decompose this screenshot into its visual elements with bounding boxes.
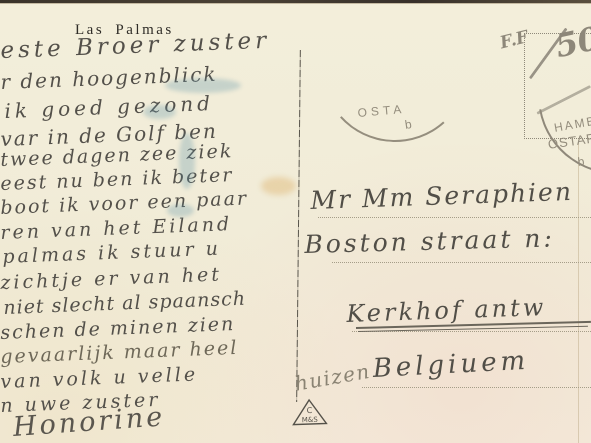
paper-crease <box>578 140 579 443</box>
stain <box>261 177 296 195</box>
address-recipient: Mr Mm Seraphien <box>310 177 573 215</box>
address-ruled-line <box>332 261 591 263</box>
divider-line <box>296 50 301 402</box>
address-ruled-line <box>362 386 591 388</box>
postmark-text: b <box>404 117 413 132</box>
logo-letter: C <box>306 406 312 415</box>
message-overflow-word: huizen <box>293 359 372 396</box>
message-line: van volk u velle <box>0 363 198 393</box>
message-line: ik goed gezond <box>4 91 214 123</box>
postmark-text: b <box>577 154 585 169</box>
postmark-arc <box>317 0 473 146</box>
message-line: r den hoogenblick <box>0 62 218 94</box>
scan-edge-shadow <box>0 3 591 4</box>
address-street: Boston straat n: <box>304 223 555 259</box>
publisher-logo: C M&S <box>291 397 329 426</box>
logo-initials: M&S <box>302 416 319 425</box>
address-country: Belgiuem <box>372 346 530 384</box>
postcard-back: Las Palmas este Broer zuster r den hooge… <box>0 0 591 443</box>
message-line: este Broer zuster <box>0 28 271 64</box>
address-ruled-line <box>318 216 591 218</box>
